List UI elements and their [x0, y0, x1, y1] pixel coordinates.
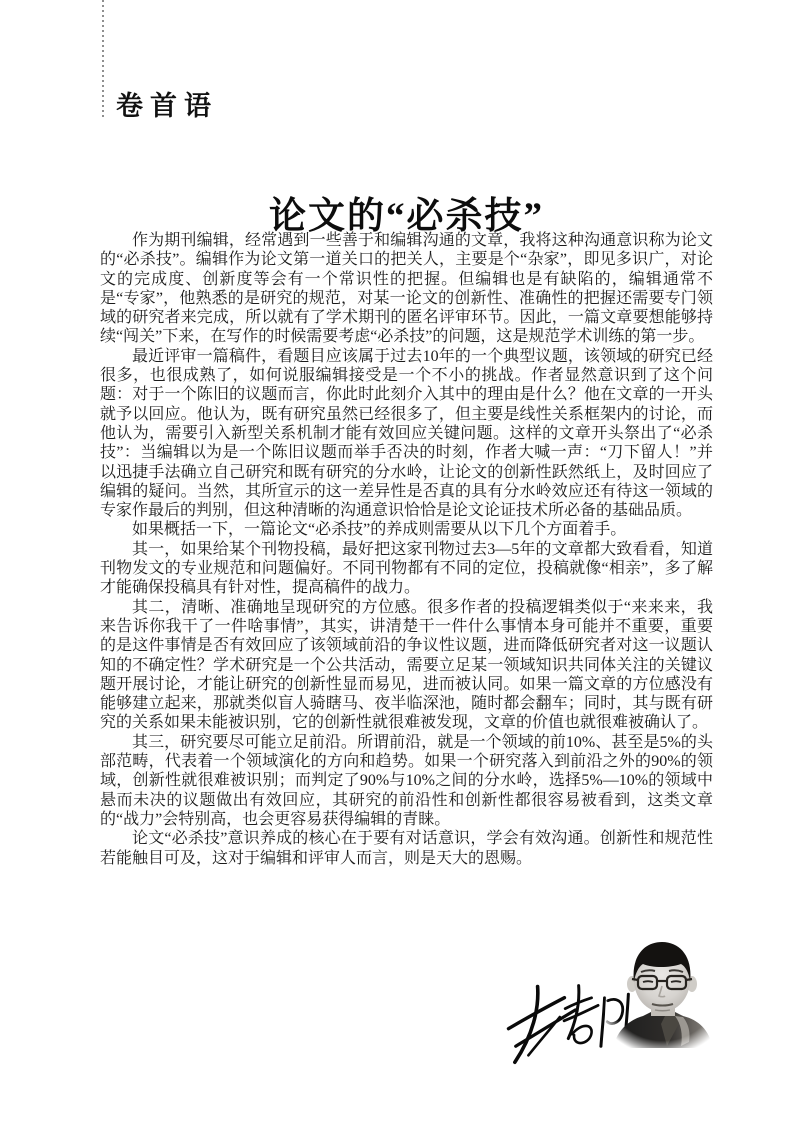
- paragraph: 最近评审一篇稿件，看题目应该属于过去10年的一个典型议题，该领域的研究已经很多，…: [100, 347, 713, 521]
- paragraph: 其一，如果给某个刊物投稿，最好把这家刊物过去3—5年的文章都大致看看，知道刊物发…: [100, 540, 713, 598]
- article-body: 作为期刊编辑，经常遇到一些善于和编辑沟通的文章，我将这种沟通意识称为论文的“必杀…: [100, 231, 713, 868]
- journal-foreword-page: 卷首语 论文的“必杀技” 作为期刊编辑，经常遇到一些善于和编辑沟通的文章，我将这…: [0, 0, 799, 1124]
- paragraph: 论文“必杀技”意识养成的核心在于要有对话意识，学会有效沟通。创新性和规范性若能触…: [100, 829, 713, 868]
- paragraph: 作为期刊编辑，经常遇到一些善于和编辑沟通的文章，我将这种沟通意识称为论文的“必杀…: [100, 231, 713, 347]
- paragraph: 其二，清晰、准确地呈现研究的方位感。很多作者的投稿逻辑类似于“来来来，我来告诉你…: [100, 598, 713, 733]
- author-portrait-photo: [605, 938, 721, 1048]
- left-dotted-rule: [102, 0, 104, 118]
- paragraph: 其三，研究要尽可能立足前沿。所谓前沿，就是一个领域的前10%、甚至是5%的头部范…: [100, 733, 713, 829]
- paragraph: 如果概括一下，一篇论文“必杀技”的养成则需要从以下几个方面着手。: [100, 520, 713, 539]
- section-label: 卷首语: [116, 84, 218, 123]
